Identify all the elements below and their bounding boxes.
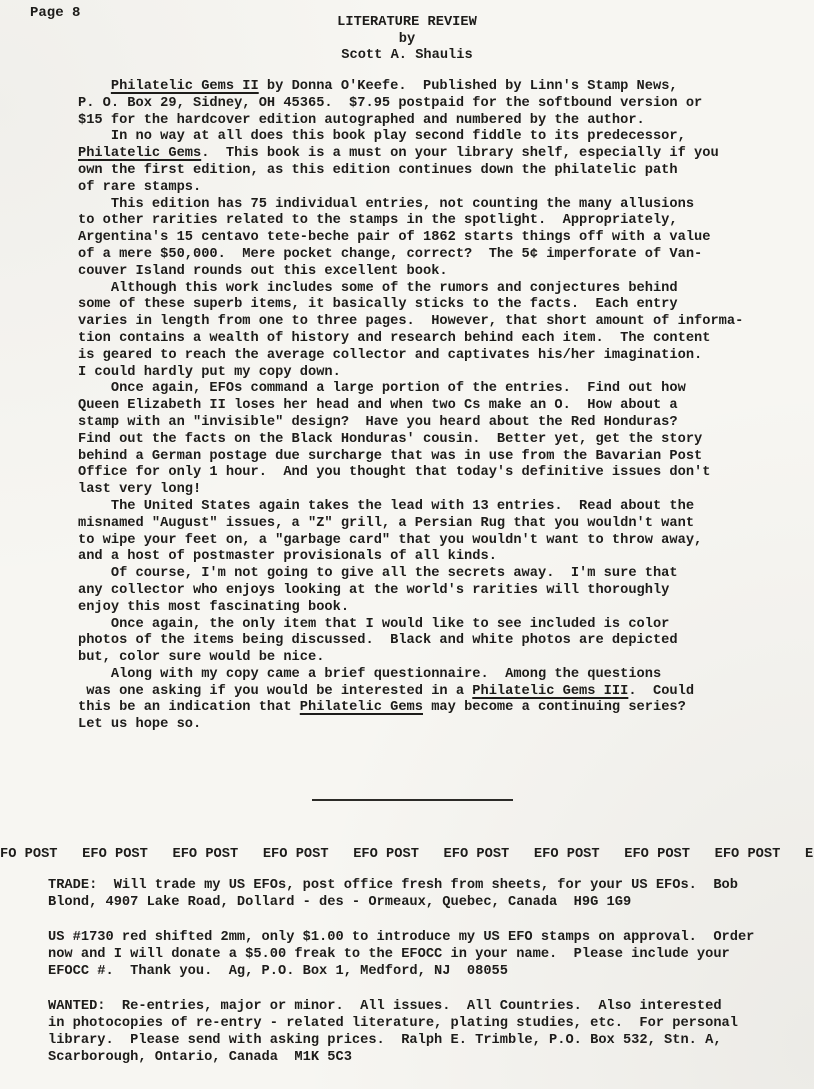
scanned-document-page: Page 8 LITERATURE REVIEW by Scott A. Sha… [0,0,814,1089]
text-line: behind a German postage due surcharge th… [78,449,743,466]
text-line: P. O. Box 29, Sidney, OH 45365. $7.95 po… [78,96,743,113]
text-line: now and I will donate a $5.00 freak to t… [48,946,814,963]
text-segment: Although this work includes some of the … [78,281,678,296]
text-segment: any collector who enjoys looking at the … [78,583,669,598]
article: Philatelic Gems II by Donna O'Keefe. Pub… [78,79,743,734]
text-line: Find out the facts on the Black Honduras… [78,432,743,449]
text-line: of rare stamps. [78,180,743,197]
text-segment: last very long! [78,482,201,497]
text-segment: The United States again takes the lead w… [78,499,694,514]
text-segment: Let us hope so. [78,717,201,732]
text-line: stamp with an "invisible" design? Have y… [78,415,743,432]
text-segment: Queen Elizabeth II loses her head and wh… [78,398,678,413]
text-segment: . This book is a must on your library sh… [201,146,718,161]
text-segment: in photocopies of re-entry - related lit… [48,1016,738,1031]
author-name: Scott A. Shaulis [0,48,814,65]
text-segment: US #1730 red shifted 2mm, only $1.00 to … [48,930,754,945]
text-segment: to wipe your feet on, a "garbage card" t… [78,533,702,548]
text-segment: and a host of postmaster provisionals of… [78,549,497,564]
text-segment: $15 for the hardcover edition autographe… [78,113,645,128]
text-segment: varies in length from one to three pages… [78,314,743,329]
classifieds: TRADE: Will trade my US EFOs, post offic… [48,877,814,1084]
text-line: couver Island rounds out this excellent … [78,264,743,281]
text-segment: was one asking if you would be intereste… [78,684,472,699]
text-line: $15 for the hardcover edition autographe… [78,113,743,130]
text-line: TRADE: Will trade my US EFOs, post offic… [48,877,814,894]
text-line: Office for only 1 hour. And you thought … [78,465,743,482]
text-line: US #1730 red shifted 2mm, only $1.00 to … [48,929,814,946]
text-line: Along with my copy came a brief question… [78,667,743,684]
section-divider-rule [312,799,513,801]
text-segment: couver Island rounds out this excellent … [78,264,448,279]
text-line: to other rarities related to the stamps … [78,213,743,230]
text-line: last very long! [78,482,743,499]
text-line: of a mere $50,000. Mere pocket change, c… [78,247,743,264]
text-segment: I could hardly put my copy down. [78,365,341,380]
text-segment: photos of the items being discussed. Bla… [78,633,678,648]
text-segment: to other rarities related to the stamps … [78,213,678,228]
text-segment: Office for only 1 hour. And you thought … [78,465,710,480]
text-segment [78,79,111,94]
text-segment: of rare stamps. [78,180,201,195]
text-segment: TRADE: Will trade my US EFOs, post offic… [48,878,738,893]
underlined-title-text: Philatelic Gems II [111,79,259,94]
text-line: Scarborough, Ontario, Canada M1K 5C3 [48,1049,814,1066]
text-line: EFOCC #. Thank you. Ag, P.O. Box 1, Medf… [48,963,814,980]
text-line: Argentina's 15 centavo tete-beche pair o… [78,230,743,247]
classified-ad: TRADE: Will trade my US EFOs, post offic… [48,877,814,911]
text-segment: stamp with an "invisible" design? Have y… [78,415,678,430]
text-segment: library. Please send with asking prices.… [48,1033,722,1048]
classified-ad: WANTED: Re-entries, major or minor. All … [48,998,814,1066]
text-segment: WANTED: Re-entries, major or minor. All … [48,999,722,1014]
underlined-title-text: Philatelic Gems III [472,684,628,699]
text-line: varies in length from one to three pages… [78,314,743,331]
text-segment: some of these superb items, it basically… [78,297,678,312]
text-segment: In no way at all does this book play sec… [78,129,686,144]
text-segment: this be an indication that [78,700,300,715]
text-segment: now and I will donate a $5.00 freak to t… [48,947,730,962]
text-segment: is geared to reach the average collector… [78,348,702,363]
text-segment: . Could [628,684,694,699]
text-line: in photocopies of re-entry - related lit… [48,1015,814,1032]
text-line: Queen Elizabeth II loses her head and wh… [78,398,743,415]
text-segment: P. O. Box 29, Sidney, OH 45365. $7.95 po… [78,96,702,111]
text-segment: Along with my copy came a brief question… [78,667,661,682]
text-line: to wipe your feet on, a "garbage card" t… [78,533,743,550]
byline: by [0,32,814,49]
text-segment: Find out the facts on the Black Honduras… [78,432,702,447]
text-segment: by Donna O'Keefe. Published by Linn's St… [259,79,678,94]
underlined-title-text: Philatelic Gems [300,700,423,715]
text-line: any collector who enjoys looking at the … [78,583,743,600]
text-segment: Scarborough, Ontario, Canada M1K 5C3 [48,1050,352,1065]
text-line: Let us hope so. [78,717,743,734]
text-line: some of these superb items, it basically… [78,297,743,314]
text-line: library. Please send with asking prices.… [48,1032,814,1049]
text-line: Once again, the only item that I would l… [78,617,743,634]
classified-ad: US #1730 red shifted 2mm, only $1.00 to … [48,929,814,980]
text-line: this be an indication that Philatelic Ge… [78,700,743,717]
text-segment: Argentina's 15 centavo tete-beche pair o… [78,230,710,245]
underlined-title-text: Philatelic Gems [78,146,201,161]
text-segment: misnamed "August" issues, a "Z" grill, a… [78,516,694,531]
text-segment: may become a continuing series? [423,700,686,715]
text-segment: own the first edition, as this edition c… [78,163,678,178]
text-line: Although this work includes some of the … [78,281,743,298]
text-line: In no way at all does this book play sec… [78,129,743,146]
text-line: is geared to reach the average collector… [78,348,743,365]
text-line: Once again, EFOs command a large portion… [78,381,743,398]
text-segment: enjoy this most fascinating book. [78,600,349,615]
text-segment: Once again, EFOs command a large portion… [78,381,686,396]
text-line: Philatelic Gems II by Donna O'Keefe. Pub… [78,79,743,96]
document-title: LITERATURE REVIEW [0,15,814,32]
text-segment: behind a German postage due surcharge th… [78,449,702,464]
text-segment: Of course, I'm not going to give all the… [78,566,678,581]
text-line: enjoy this most fascinating book. [78,600,743,617]
text-segment: but, color sure would be nice. [78,650,324,665]
text-segment: tion contains a wealth of history and re… [78,331,710,346]
text-line: This edition has 75 individual entries, … [78,197,743,214]
text-line: I could hardly put my copy down. [78,365,743,382]
text-segment: Once again, the only item that I would l… [78,617,669,632]
text-line: Of course, I'm not going to give all the… [78,566,743,583]
text-line: and a host of postmaster provisionals of… [78,549,743,566]
text-line: Philatelic Gems. This book is a must on … [78,146,743,163]
document-header: LITERATURE REVIEW by Scott A. Shaulis [0,15,814,65]
text-line: misnamed "August" issues, a "Z" grill, a… [78,516,743,533]
text-segment: This edition has 75 individual entries, … [78,197,694,212]
text-line: own the first edition, as this edition c… [78,163,743,180]
text-segment: Blond, 4907 Lake Road, Dollard - des - O… [48,895,631,910]
efo-post-banner: FO POST EFO POST EFO POST EFO POST EFO P… [0,847,814,864]
text-line: but, color sure would be nice. [78,650,743,667]
text-line: was one asking if you would be intereste… [78,684,743,701]
text-line: tion contains a wealth of history and re… [78,331,743,348]
text-line: The United States again takes the lead w… [78,499,743,516]
text-segment: of a mere $50,000. Mere pocket change, c… [78,247,702,262]
text-line: photos of the items being discussed. Bla… [78,633,743,650]
text-line: Blond, 4907 Lake Road, Dollard - des - O… [48,894,814,911]
text-segment: EFOCC #. Thank you. Ag, P.O. Box 1, Medf… [48,964,508,979]
text-line: WANTED: Re-entries, major or minor. All … [48,998,814,1015]
